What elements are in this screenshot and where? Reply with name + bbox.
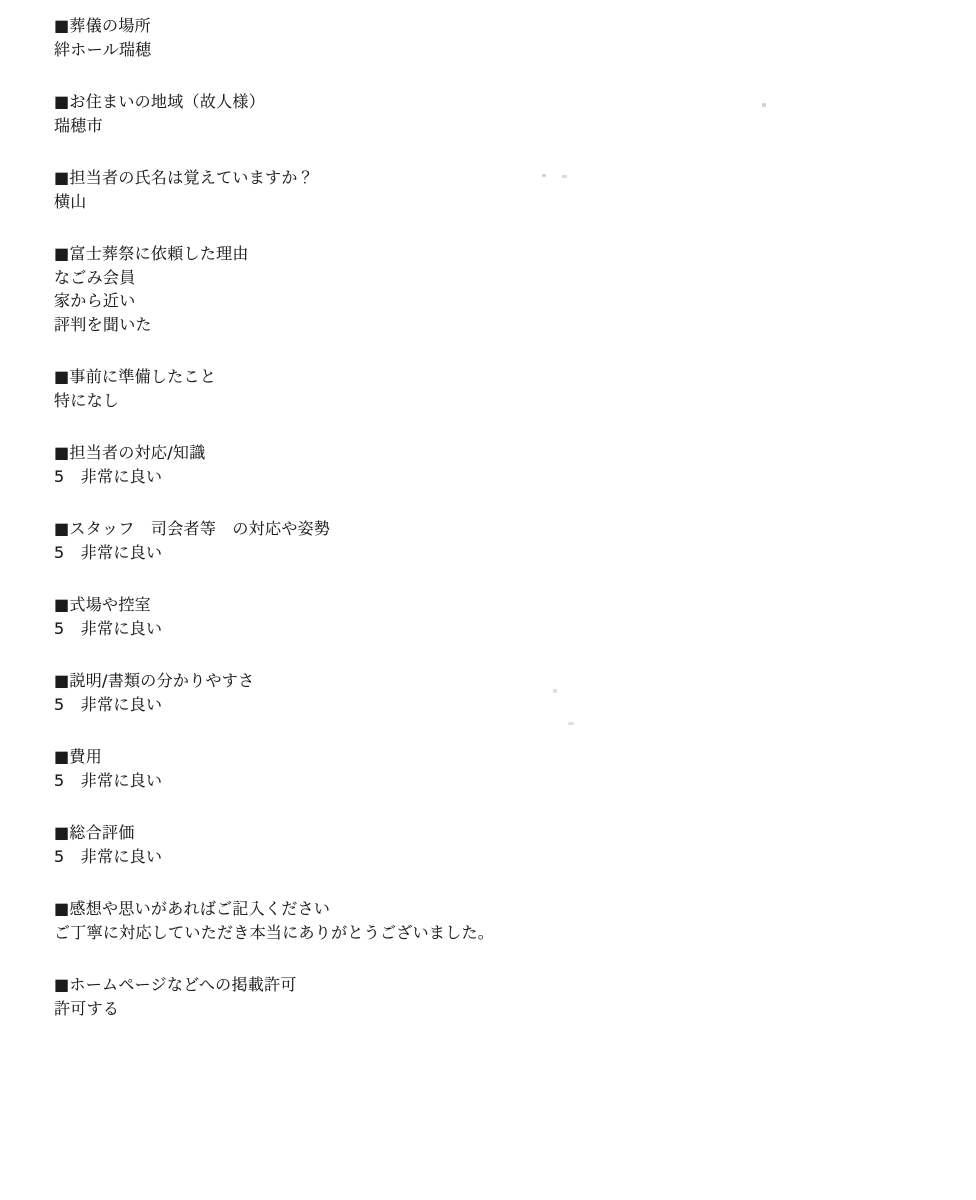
- survey-question: ■富士葬祭に依頼した理由: [54, 242, 936, 266]
- survey-section: ■説明/書類の分かりやすさ 5 非常に良い: [54, 669, 936, 716]
- survey-answer: ご丁寧に対応していただき本当にありがとうございました。: [54, 921, 936, 945]
- survey-section: ■総合評価 5 非常に良い: [54, 821, 936, 868]
- survey-answer: 絆ホール瑞穂: [54, 38, 936, 62]
- survey-answer: 5 非常に良い: [54, 465, 936, 489]
- survey-question: ■事前に準備したこと: [54, 365, 936, 389]
- survey-question: ■ホームページなどへの掲載許可: [54, 973, 936, 997]
- survey-sections-container: ■葬儀の場所 絆ホール瑞穂 ■お住まいの地域（故人様） 瑞穂市 ■担当者の氏名は…: [54, 14, 936, 1020]
- survey-question: ■お住まいの地域（故人様）: [54, 90, 936, 114]
- survey-section: ■感想や思いがあればご記入ください ご丁寧に対応していただき本当にありがとうござ…: [54, 897, 936, 944]
- survey-section: ■式場や控室 5 非常に良い: [54, 593, 936, 640]
- survey-question: ■スタッフ 司会者等 の対応や姿勢: [54, 517, 936, 541]
- survey-section: ■富士葬祭に依頼した理由 なごみ会員家から近い評判を聞いた: [54, 242, 936, 336]
- survey-section: ■お住まいの地域（故人様） 瑞穂市: [54, 90, 936, 137]
- survey-question: ■感想や思いがあればご記入ください: [54, 897, 936, 921]
- survey-section: ■担当者の対応/知識 5 非常に良い: [54, 441, 936, 488]
- survey-answer: 5 非常に良い: [54, 617, 936, 641]
- survey-answer: なごみ会員: [54, 266, 936, 290]
- survey-question: ■葬儀の場所: [54, 14, 936, 38]
- survey-question: ■説明/書類の分かりやすさ: [54, 669, 936, 693]
- survey-answer: 5 非常に良い: [54, 769, 936, 793]
- survey-question: ■式場や控室: [54, 593, 936, 617]
- survey-answer: 許可する: [54, 997, 936, 1021]
- survey-answer: 瑞穂市: [54, 114, 936, 138]
- scanned-survey-document: ■葬儀の場所 絆ホール瑞穂 ■お住まいの地域（故人様） 瑞穂市 ■担当者の氏名は…: [0, 0, 976, 1200]
- survey-answer: 5 非常に良い: [54, 693, 936, 717]
- survey-answer: 5 非常に良い: [54, 541, 936, 565]
- survey-answer: 家から近い: [54, 289, 936, 313]
- survey-question: ■総合評価: [54, 821, 936, 845]
- survey-question: ■担当者の対応/知識: [54, 441, 936, 465]
- survey-section: ■費用 5 非常に良い: [54, 745, 936, 792]
- survey-answer: 特になし: [54, 389, 936, 413]
- survey-question: ■担当者の氏名は覚えていますか？: [54, 166, 936, 190]
- survey-answer: 5 非常に良い: [54, 845, 936, 869]
- survey-answer: 評判を聞いた: [54, 313, 936, 337]
- survey-section: ■事前に準備したこと 特になし: [54, 365, 936, 412]
- survey-section: ■スタッフ 司会者等 の対応や姿勢 5 非常に良い: [54, 517, 936, 564]
- survey-answer: 横山: [54, 190, 936, 214]
- survey-section: ■担当者の氏名は覚えていますか？ 横山: [54, 166, 936, 213]
- survey-section: ■ホームページなどへの掲載許可 許可する: [54, 973, 936, 1020]
- survey-question: ■費用: [54, 745, 936, 769]
- survey-section: ■葬儀の場所 絆ホール瑞穂: [54, 14, 936, 61]
